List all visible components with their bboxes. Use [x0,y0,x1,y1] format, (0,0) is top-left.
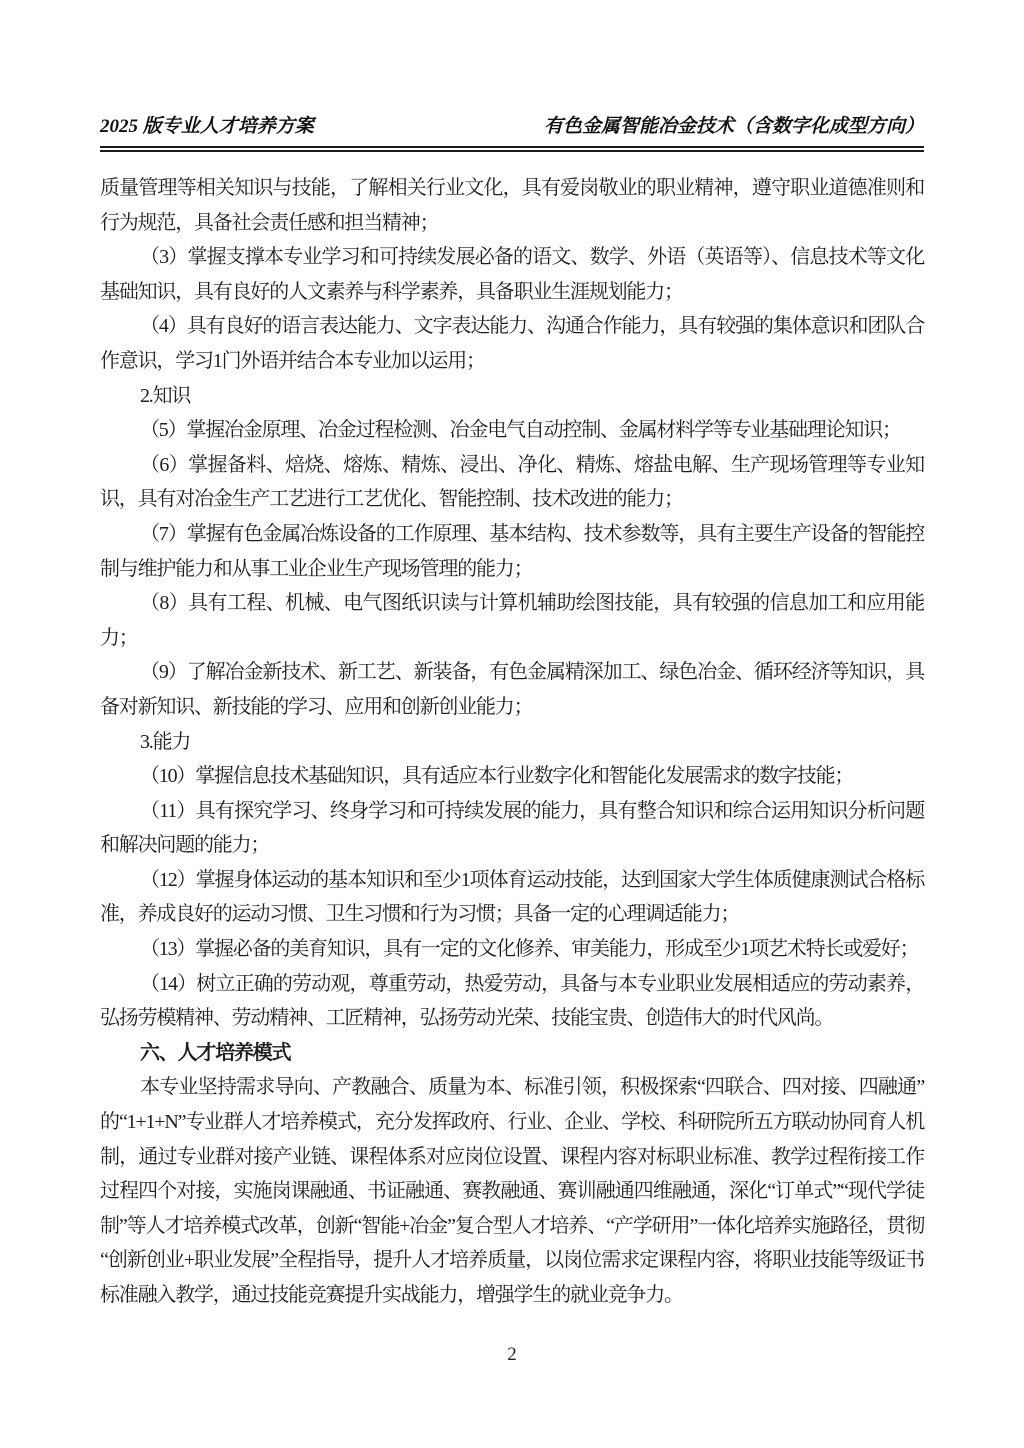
paragraph: （3）掌握支撑本专业学习和可持续发展必备的语文、数学、外语（英语等）、信息技术等… [100,240,924,309]
paragraph: （11）具有探究学习、终身学习和可持续发展的能力，具有整合知识和综合运用知识分析… [100,794,924,863]
paragraph: （14）树立正确的劳动观，尊重劳动，热爱劳动，具备与本专业职业发展相适应的劳动素… [100,967,924,1036]
page-footer: 2 [0,1342,1024,1368]
paragraph: 2.知识 [100,379,924,414]
paragraph: （4）具有良好的语言表达能力、文字表达能力、沟通合作能力，具有较强的集体意识和团… [100,309,924,378]
paragraph: （5）掌握冶金原理、冶金过程检测、冶金电气自动控制、金属材料学等专业基础理论知识… [100,413,924,448]
paragraph: 本专业坚持需求导向、产教融合、质量为本、标准引领，积极探索“四联合、四对接、四融… [100,1070,924,1312]
header-doc-title: 2025 版专业人才培养方案 [100,114,314,140]
document-body: 质量管理等相关知识与技能，了解相关行业文化，具有爱岗敬业的职业精神，遵守职业道德… [100,171,924,1313]
paragraph: 3.能力 [100,725,924,760]
paragraph: （10）掌握信息技术基础知识，具有适应本行业数字化和智能化发展需求的数字技能； [100,759,924,794]
paragraph: （9）了解冶金新技术、新工艺、新装备，有色金属精深加工、绿色冶金、循环经济等知识… [100,655,924,724]
header-program-title: 有色金属智能冶金技术（含数字化成型方向） [544,114,924,140]
paragraph: （8）具有工程、机械、电气图纸识读与计算机辅助绘图技能，具有较强的信息加工和应用… [100,586,924,655]
paragraph: （12）掌握身体运动的基本知识和至少1项体育运动技能，达到国家大学生体质健康测试… [100,863,924,932]
document-page: 2025 版专业人才培养方案 有色金属智能冶金技术（含数字化成型方向） 质量管理… [0,0,1024,1448]
paragraph: （13）掌握必备的美育知识，具有一定的文化修养、审美能力，形成至少1项艺术特长或… [100,932,924,967]
page-number: 2 [507,1344,517,1365]
paragraph: 六、人才培养模式 [100,1036,924,1071]
paragraph: 质量管理等相关知识与技能，了解相关行业文化，具有爱岗敬业的职业精神，遵守职业道德… [100,171,924,240]
paragraph: （6）掌握备料、焙烧、熔炼、精炼、浸出、净化、精炼、熔盐电解、生产现场管理等专业… [100,448,924,517]
header-rule [100,146,924,152]
page-header: 2025 版专业人才培养方案 有色金属智能冶金技术（含数字化成型方向） [100,0,924,140]
paragraph: （7）掌握有色金属冶炼设备的工作原理、基本结构、技术参数等，具有主要生产设备的智… [100,517,924,586]
